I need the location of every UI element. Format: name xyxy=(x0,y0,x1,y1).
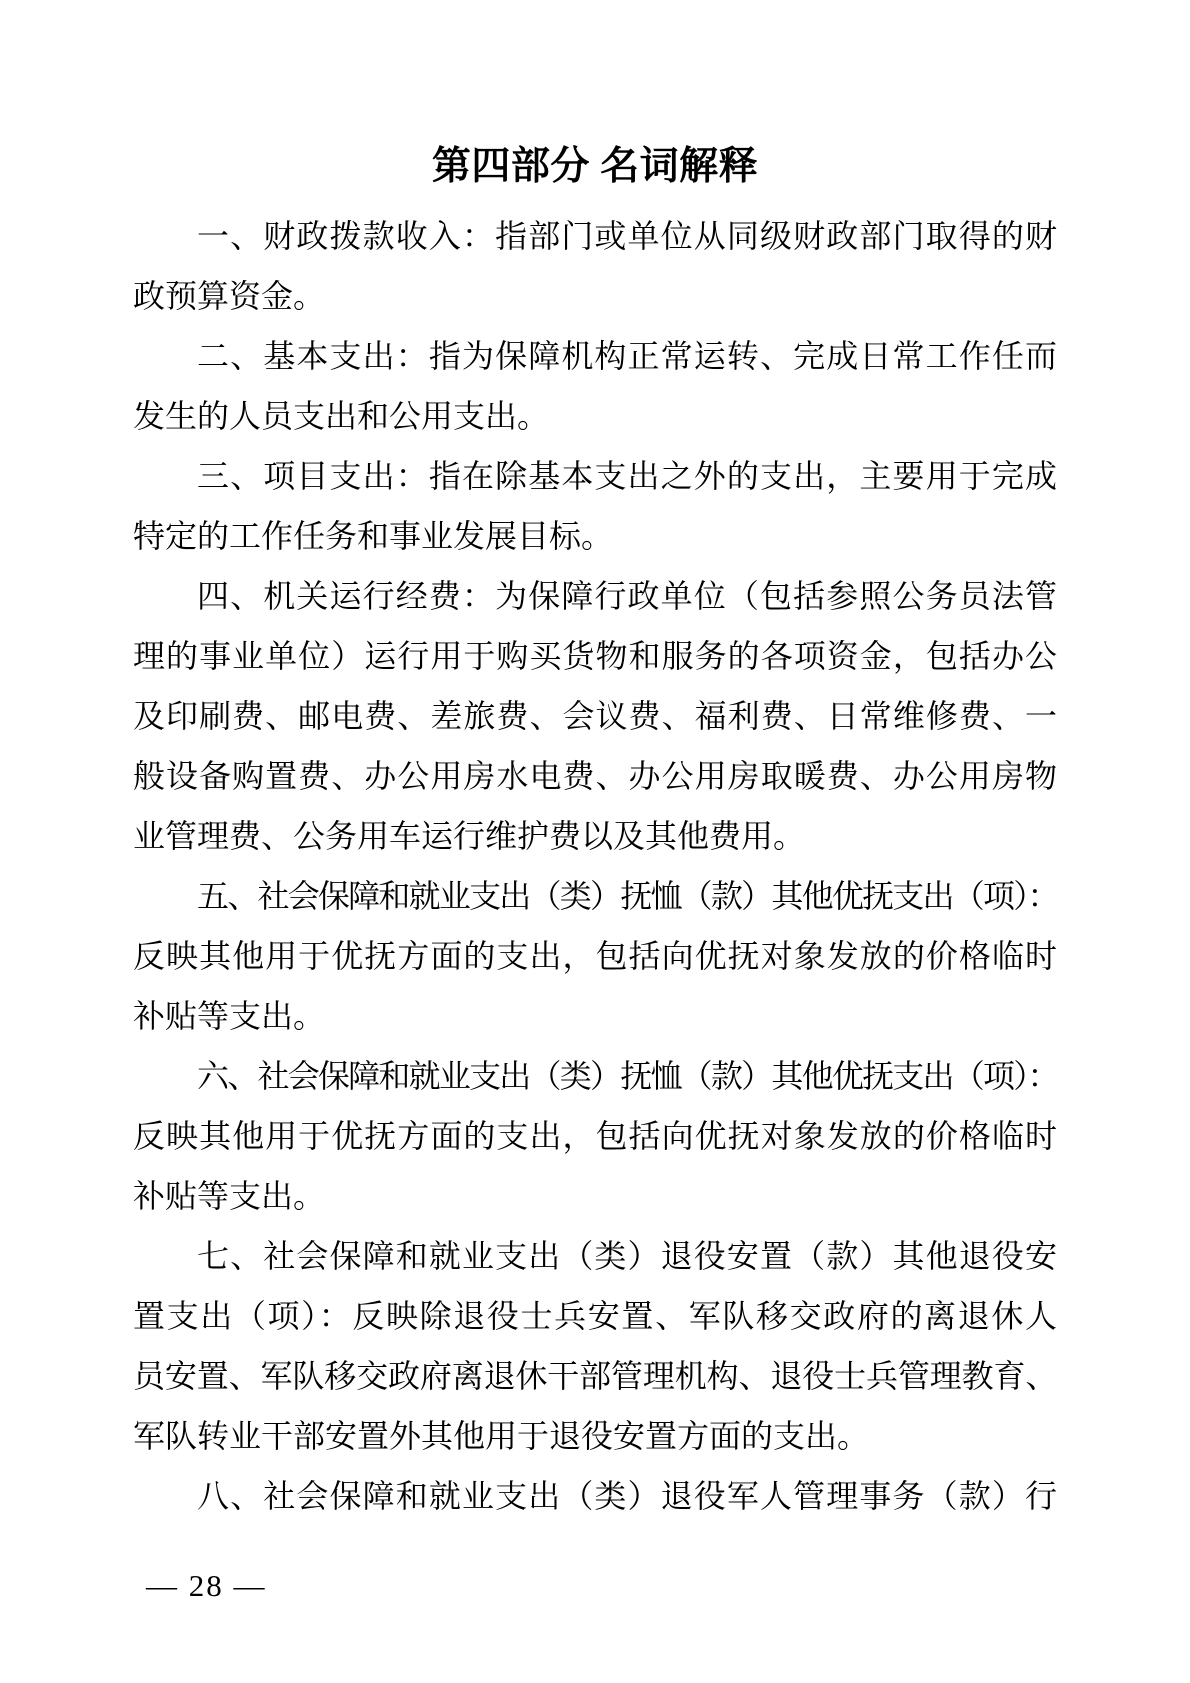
paragraph-3: 三、项目支出：指在除基本支出之外的支出，主要用于完成 特定的工作任务和事业发展目… xyxy=(133,446,1057,566)
text-line: 员安置、军队移交政府离退休干部管理机构、退役士兵管理教育、 xyxy=(133,1346,1057,1406)
paragraph-5: 五、社会保障和就业支出（类）抚恤（款）其他优抚支出（项）： 反映其他用于优抚方面… xyxy=(133,866,1057,1046)
paragraph-6: 六、社会保障和就业支出（类）抚恤（款）其他优抚支出（项）： 反映其他用于优抚方面… xyxy=(133,1046,1057,1226)
text-line: 政预算资金。 xyxy=(133,266,1057,326)
text-line: 四、机关运行经费：为保障行政单位（包括参照公务员法管 xyxy=(133,566,1057,626)
document-page: { "page": { "title": "第四部分 名词解释", "foote… xyxy=(0,0,1190,1683)
text-line: 反映其他用于优抚方面的支出，包括向优抚对象发放的价格临时 xyxy=(133,926,1057,986)
text-line: 反映其他用于优抚方面的支出，包括向优抚对象发放的价格临时 xyxy=(133,1106,1057,1166)
text-line: 八、社会保障和就业支出（类）退役军人管理事务（款）行 xyxy=(133,1466,1057,1526)
text-line: 特定的工作任务和事业发展目标。 xyxy=(133,506,1057,566)
text-line: 五、社会保障和就业支出（类）抚恤（款）其他优抚支出（项）： xyxy=(133,866,1057,926)
text-line: 置支出（项）：反映除退役士兵安置、军队移交政府的离退休人 xyxy=(133,1286,1057,1346)
paragraph-4: 四、机关运行经费：为保障行政单位（包括参照公务员法管 理的事业单位）运行用于购买… xyxy=(133,566,1057,866)
text-line: 七、社会保障和就业支出（类）退役安置（款）其他退役安 xyxy=(133,1226,1057,1286)
text-line: 补贴等支出。 xyxy=(133,1166,1057,1226)
text-line: 三、项目支出：指在除基本支出之外的支出，主要用于完成 xyxy=(133,446,1057,506)
text-line: 般设备购置费、办公用房水电费、办公用房取暖费、办公用房物 xyxy=(133,746,1057,806)
page-number: — 28 — xyxy=(146,1566,267,1606)
document-body: 一、财政拨款收入：指部门或单位从同级财政部门取得的财 政预算资金。 二、基本支出… xyxy=(133,206,1057,1526)
text-line: 理的事业单位）运行用于购买货物和服务的各项资金，包括办公 xyxy=(133,626,1057,686)
text-line: 二、基本支出：指为保障机构正常运转、完成日常工作任而 xyxy=(133,326,1057,386)
paragraph-8: 八、社会保障和就业支出（类）退役军人管理事务（款）行 xyxy=(133,1466,1057,1526)
text-line: 军队转业干部安置外其他用于退役安置方面的支出。 xyxy=(133,1406,1057,1466)
text-line: 及印刷费、邮电费、差旅费、会议费、福利费、日常维修费、一 xyxy=(133,686,1057,746)
paragraph-1: 一、财政拨款收入：指部门或单位从同级财政部门取得的财 政预算资金。 xyxy=(133,206,1057,326)
text-line: 六、社会保障和就业支出（类）抚恤（款）其他优抚支出（项）： xyxy=(133,1046,1057,1106)
paragraph-7: 七、社会保障和就业支出（类）退役安置（款）其他退役安 置支出（项）：反映除退役士… xyxy=(133,1226,1057,1466)
text-line: 业管理费、公务用车运行维护费以及其他费用。 xyxy=(133,806,1057,866)
paragraph-2: 二、基本支出：指为保障机构正常运转、完成日常工作任而 发生的人员支出和公用支出。 xyxy=(133,326,1057,446)
text-line: 一、财政拨款收入：指部门或单位从同级财政部门取得的财 xyxy=(133,206,1057,266)
page-title: 第四部分 名词解释 xyxy=(0,144,1190,190)
text-line: 补贴等支出。 xyxy=(133,986,1057,1046)
text-line: 发生的人员支出和公用支出。 xyxy=(133,386,1057,446)
